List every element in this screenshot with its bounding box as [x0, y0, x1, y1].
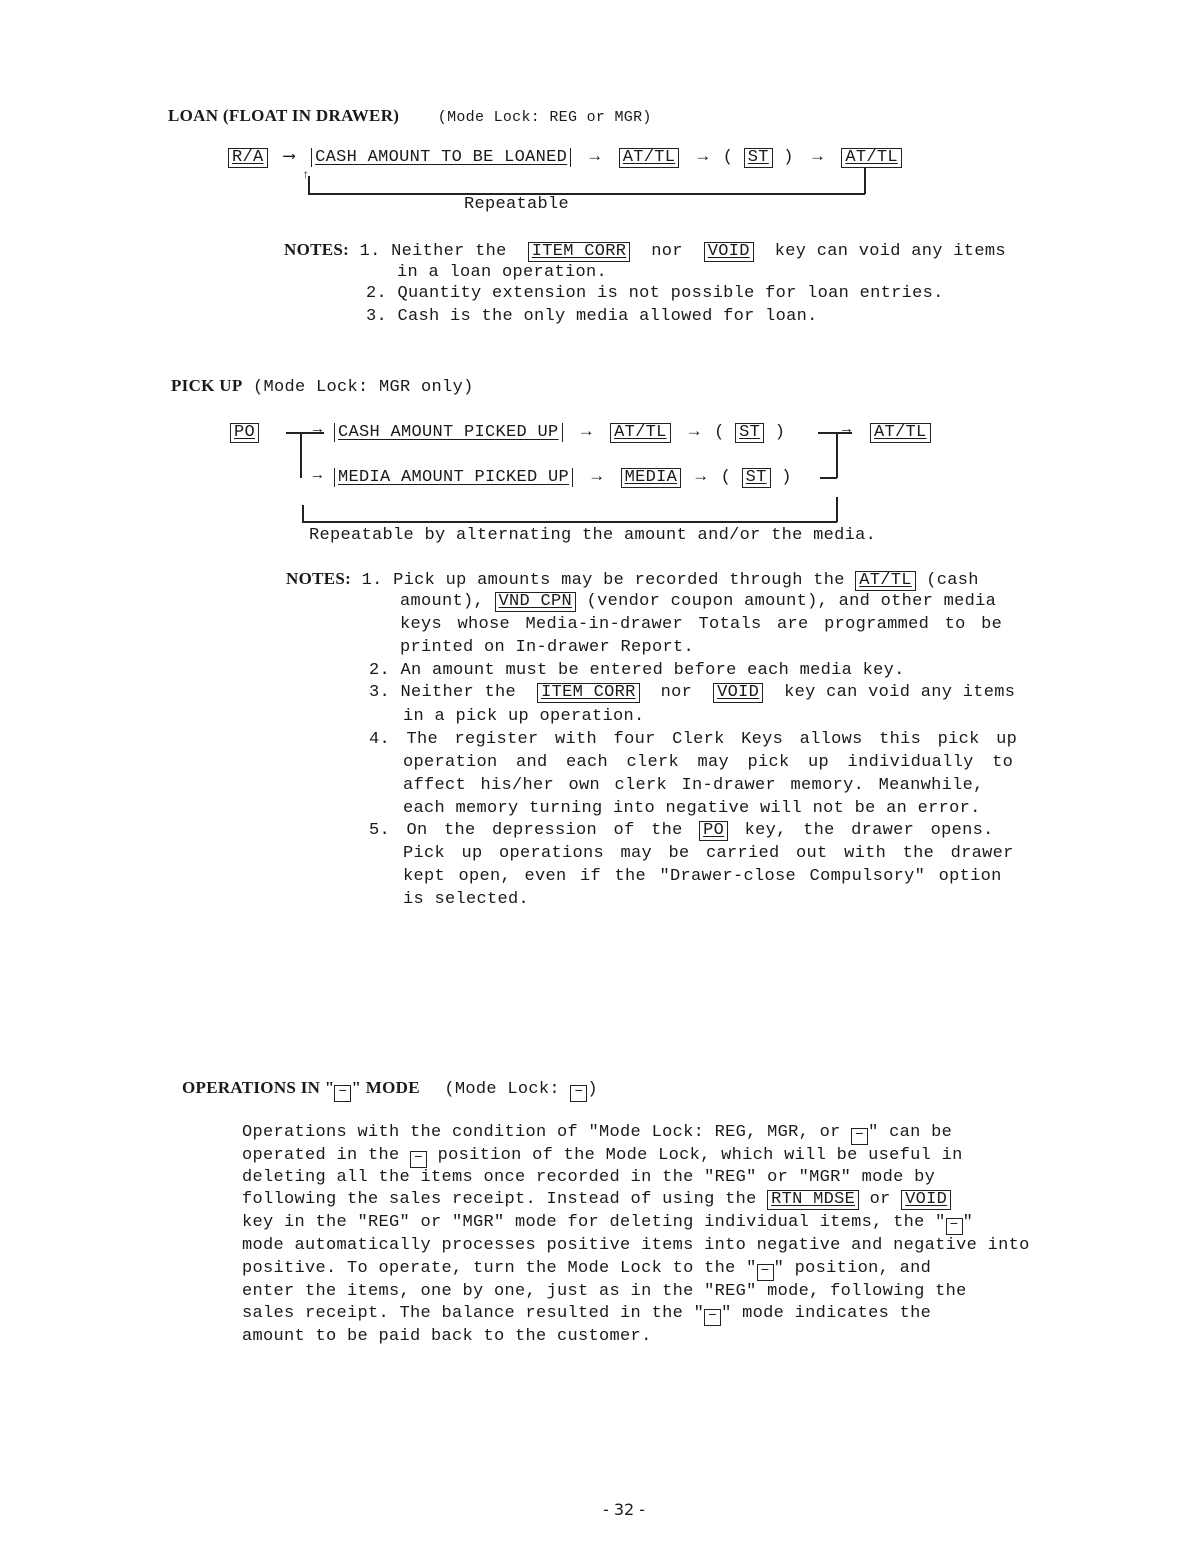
- st-key: ST: [744, 148, 773, 168]
- loan-loop-label: Repeatable: [464, 195, 569, 214]
- minus-key-icon: −: [570, 1085, 587, 1102]
- st-key: ST: [735, 423, 764, 443]
- pickup-note-3: 3. Neither the ITEM CORR nor VOID key ca…: [369, 683, 1015, 703]
- branch-line-vertical: [300, 432, 302, 478]
- loan-heading: LOAN (FLOAT IN DRAWER) (Mode Lock: REG o…: [168, 106, 652, 127]
- arrow-right-icon: →: [581, 423, 592, 442]
- loop-line-bottom: [302, 521, 837, 523]
- pickup-title: PICK UP: [171, 376, 243, 395]
- arrow-right-icon: →: [689, 423, 700, 442]
- rtn-mdse-key: RTN MDSE: [767, 1190, 859, 1210]
- minus-key-icon: −: [946, 1218, 963, 1235]
- loop-line-bottom: [308, 193, 865, 195]
- pickup-note-2: 2. An amount must be entered before each…: [369, 661, 905, 680]
- minus-key-icon: −: [334, 1085, 351, 1102]
- loop-line-right: [864, 168, 866, 194]
- cash-amount-loaned: CASH AMOUNT TO BE LOANED: [311, 148, 571, 167]
- arrow-right-icon: →: [313, 421, 322, 438]
- pickup-heading: PICK UP (Mode Lock: MGR only): [171, 376, 474, 397]
- item-corr-key: ITEM CORR: [537, 683, 640, 703]
- arrow-right-icon: →: [696, 468, 707, 487]
- vnd-cpn-key: VND CPN: [495, 592, 577, 612]
- minus-key-icon: −: [757, 1264, 774, 1281]
- arrow-right-icon: →: [590, 148, 601, 167]
- item-corr-key: ITEM CORR: [528, 242, 631, 262]
- void-key: VOID: [704, 242, 754, 262]
- pickup-note-4: 4. The register with four Clerk Keys all…: [369, 730, 1017, 749]
- minus-mode-heading: OPERATIONS IN "−" MODE (Mode Lock: −): [182, 1078, 598, 1102]
- at-tl-key: AT/TL: [610, 423, 671, 443]
- merge-line-bottom: [820, 477, 837, 479]
- po-key: PO: [699, 821, 728, 841]
- pickup-note-5: 5. On the depression of the PO key, the …: [369, 821, 994, 841]
- arrow-up-icon: ↑: [302, 168, 309, 182]
- loan-note-1: NOTES: 1. Neither the ITEM CORR nor VOID…: [284, 240, 1006, 262]
- media-amount-picked-up: MEDIA AMOUNT PICKED UP: [334, 468, 573, 487]
- pickup-note-1: NOTES: 1. Pick up amounts may be recorde…: [286, 569, 979, 591]
- loan-title: LOAN (FLOAT IN DRAWER): [168, 106, 399, 125]
- arrow-right-icon: ⟶: [284, 148, 295, 167]
- loop-line-left: [302, 505, 304, 522]
- at-tl-end-key: AT/TL: [841, 148, 902, 168]
- void-key: VOID: [713, 683, 763, 703]
- at-tl-key: AT/TL: [619, 148, 680, 168]
- loan-note-2: 2. Quantity extension is not possible fo…: [366, 284, 944, 303]
- void-key: VOID: [901, 1190, 951, 1210]
- minus-key-icon: −: [851, 1128, 868, 1145]
- pickup-loop-label: Repeatable by alternating the amount and…: [309, 526, 876, 545]
- loan-mode-lock: (Mode Lock: REG or MGR): [438, 109, 652, 126]
- loan-note-1-cont: in a loan operation.: [397, 263, 607, 282]
- po-key: PO: [230, 423, 259, 443]
- merge-line-vertical: [836, 432, 838, 478]
- cash-amount-picked-up: CASH AMOUNT PICKED UP: [334, 423, 563, 442]
- minus-key-icon: −: [704, 1309, 721, 1326]
- loan-flow-row: R/A ⟶ CASH AMOUNT TO BE LOANED → AT/TL →…: [228, 146, 902, 168]
- at-tl-key: AT/TL: [855, 571, 916, 591]
- ra-key: R/A: [228, 148, 268, 168]
- pickup-end-key: AT/TL: [870, 423, 931, 443]
- minus-key-icon: −: [410, 1151, 427, 1168]
- arrow-right-icon: →: [842, 421, 851, 438]
- pickup-mode-lock: (Mode Lock: MGR only): [253, 378, 474, 397]
- st-key: ST: [742, 468, 771, 488]
- arrow-right-icon: →: [313, 467, 322, 484]
- loan-note-3: 3. Cash is the only media allowed for lo…: [366, 307, 818, 326]
- pickup-media-row: MEDIA AMOUNT PICKED UP → MEDIA → ( ST ): [334, 468, 792, 488]
- loop-line-right: [836, 497, 838, 522]
- media-key: MEDIA: [621, 468, 682, 488]
- pickup-cash-row: CASH AMOUNT PICKED UP → AT/TL → ( ST ): [334, 423, 785, 443]
- arrow-right-icon: →: [698, 148, 709, 167]
- page-number: - 32 -: [603, 1500, 645, 1519]
- arrow-right-icon: →: [812, 148, 823, 167]
- arrow-right-icon: →: [592, 468, 603, 487]
